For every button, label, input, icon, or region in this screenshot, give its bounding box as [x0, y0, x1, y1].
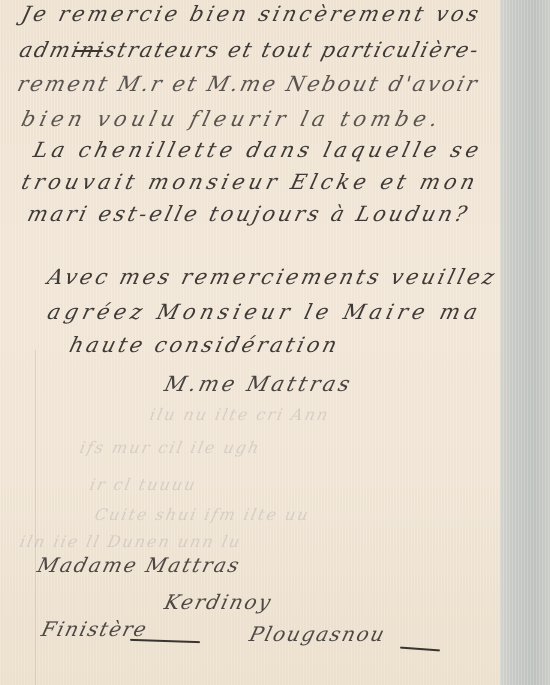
- sender-place: Kerdinoy: [162, 590, 275, 614]
- strikethrough-mark: [75, 50, 103, 52]
- bleed-through-line: ilu nu ilte cri Ann: [148, 405, 332, 424]
- closing-line: haute considération: [67, 333, 342, 357]
- sender-commune: Plougasnou: [247, 622, 389, 646]
- sender-name: Madame Mattras: [35, 553, 243, 577]
- letter-line: mari est-elle toujours à Loudun?: [25, 202, 472, 226]
- sender-department: Finistère: [39, 617, 150, 641]
- fold-line: [35, 350, 36, 685]
- bleed-through-line: ifs mur cil ile ugh: [78, 438, 263, 457]
- letter-line: La chenillette dans laquelle se: [31, 138, 485, 162]
- letter-line: bien voulu fleurir la tombe.: [19, 107, 445, 131]
- signature: M.me Mattras: [162, 372, 355, 396]
- letter-line: rement M.r et M.me Nebout d'avoir: [15, 72, 482, 96]
- closing-line: agréez Monsieur le Maire ma: [45, 300, 484, 324]
- letter-line: trouvait monsieur Elcke et mon: [19, 170, 481, 194]
- closing-line: Avec mes remerciements veuillez: [45, 265, 500, 289]
- paper-edge-strip: [500, 0, 550, 685]
- bleed-through-line: Cuite shui ifm ilte uu: [93, 505, 312, 524]
- bleed-through-line: iln iie ll Dunen unn lu: [18, 532, 243, 551]
- bleed-through-line: ir cl tuuuu: [88, 475, 199, 494]
- letter-line: Je remercie bien sincèrement vos: [19, 2, 484, 26]
